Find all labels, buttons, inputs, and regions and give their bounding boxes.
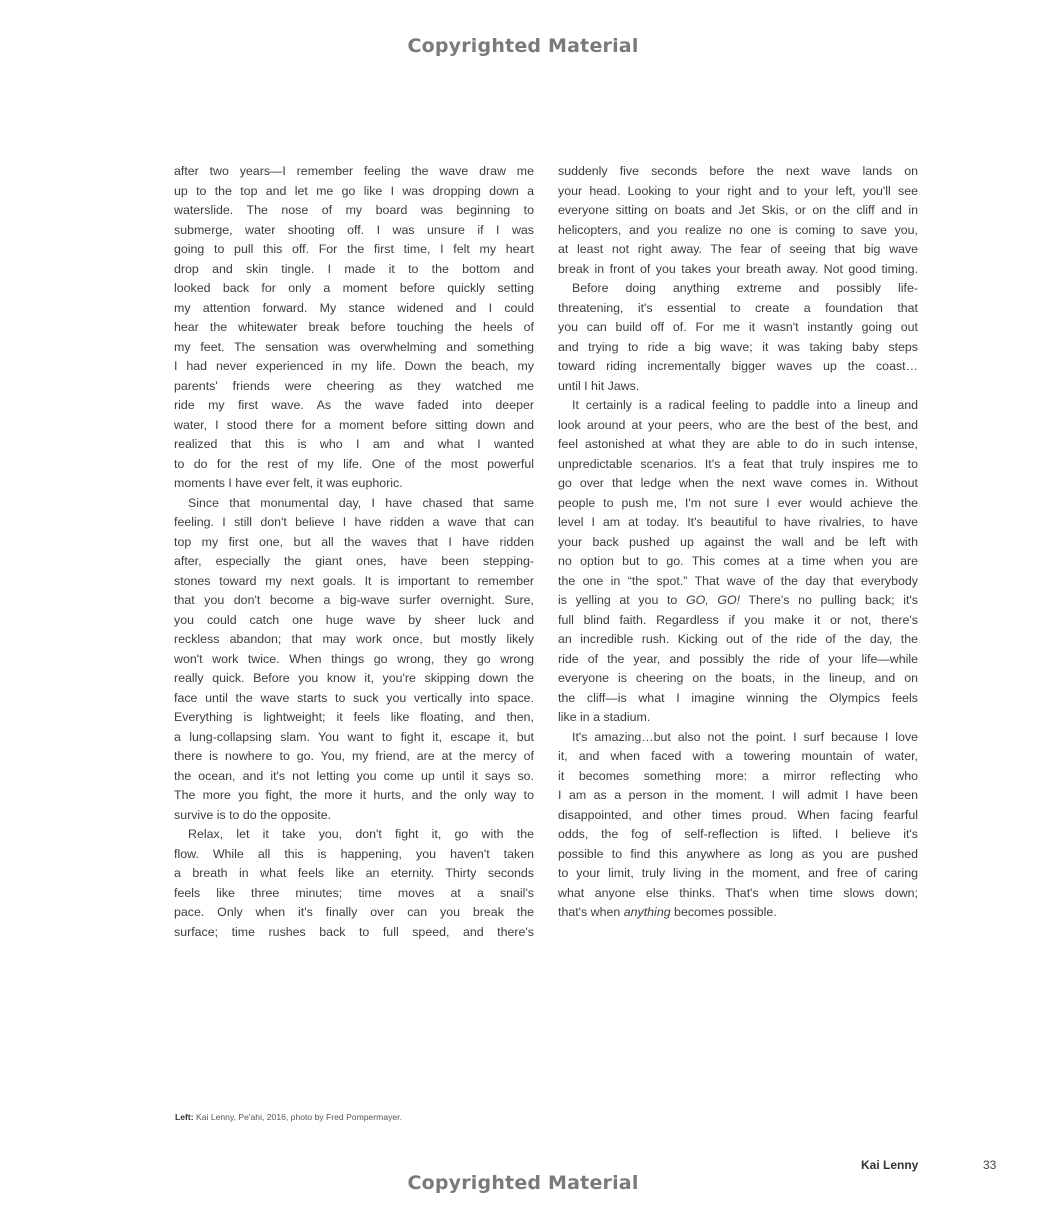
text-line: your head. Looking to your right and to … bbox=[558, 182, 918, 202]
text-line: flow. While all this is happening, you h… bbox=[174, 845, 534, 865]
running-head-author: Kai Lenny bbox=[861, 1158, 918, 1172]
text-line: going to pull this off. For the first ti… bbox=[174, 240, 534, 260]
text-line: to do for the rest of my life. One of th… bbox=[174, 455, 534, 475]
text-line: It certainly is a radical feeling to pad… bbox=[558, 396, 918, 416]
page-number: 33 bbox=[983, 1158, 996, 1172]
text-line: that's when anything becomes possible. bbox=[558, 903, 918, 923]
text-line: pace. Only when it's finally over can yo… bbox=[174, 903, 534, 923]
text-line: feels like three minutes; time moves at … bbox=[174, 884, 534, 904]
text-line: realized that this is who I am and what … bbox=[174, 435, 534, 455]
caption-label: Left: bbox=[175, 1112, 194, 1122]
text-line: no option but to go. This comes at a tim… bbox=[558, 552, 918, 572]
text-line: there is nowhere to go. You, my friend, … bbox=[174, 747, 534, 767]
text-line: up to the top and let me go like I was d… bbox=[174, 182, 534, 202]
copyright-watermark-top: Copyrighted Material bbox=[0, 35, 1046, 57]
caption-text: Kai Lenny, Pe'ahi, 2016, photo by Fred P… bbox=[194, 1112, 402, 1122]
text-line: possible to find this anywhere as long a… bbox=[558, 845, 918, 865]
text-line: after two years—I remember feeling the w… bbox=[174, 162, 534, 182]
text-line: after, especially the giant ones, have b… bbox=[174, 552, 534, 572]
text-line: the one in “the spot.” That wave of the … bbox=[558, 572, 918, 592]
text-line: you could catch one huge wave by sheer l… bbox=[174, 611, 534, 631]
text-line: level I am at today. It's beautiful to h… bbox=[558, 513, 918, 533]
text-line: top my first one, but all the waves that… bbox=[174, 533, 534, 553]
text-line: won't work twice. When things go wrong, … bbox=[174, 650, 534, 670]
text-line: water, I stood there for a moment before… bbox=[174, 416, 534, 436]
text-line: The more you fight, the more it hurts, a… bbox=[174, 786, 534, 806]
text-line: threatening, it's essential to create a … bbox=[558, 299, 918, 319]
text-line: your back pushed up against the wall and… bbox=[558, 533, 918, 553]
text-line: I had never experienced in my life. Down… bbox=[174, 357, 534, 377]
text-line: go over that ledge when the next wave co… bbox=[558, 474, 918, 494]
text-line: like in a stadium. bbox=[558, 708, 918, 728]
text-line: toward riding incrementally bigger waves… bbox=[558, 357, 918, 377]
text-line: Relax, let it take you, don't fight it, … bbox=[174, 825, 534, 845]
text-line: to your limit, truly living in the momen… bbox=[558, 864, 918, 884]
text-line: a breath in what feels like an eternity.… bbox=[174, 864, 534, 884]
text-line: it becomes something more: a mirror refl… bbox=[558, 767, 918, 787]
text-line: look around at your peers, who are the b… bbox=[558, 416, 918, 436]
text-line: survive is to do the opposite. bbox=[174, 806, 534, 826]
copyright-watermark-bottom: Copyrighted Material bbox=[0, 1172, 1046, 1194]
text-line: Since that monumental day, I have chased… bbox=[174, 494, 534, 514]
text-line: people to push me, I'm not sure I ever w… bbox=[558, 494, 918, 514]
text-line: stones toward my next goals. It is impor… bbox=[174, 572, 534, 592]
text-line: a lung-collapsing slam. You want to figh… bbox=[174, 728, 534, 748]
text-line: reckless abandon; that may work once, bu… bbox=[174, 630, 534, 650]
text-line: the ocean, and it's not letting you come… bbox=[174, 767, 534, 787]
text-line: feel astonished at what they are able to… bbox=[558, 435, 918, 455]
text-line: waterslide. The nose of my board was beg… bbox=[174, 201, 534, 221]
text-line: an incredible rush. Kicking out of the r… bbox=[558, 630, 918, 650]
text-line: it, and when faced with a towering mount… bbox=[558, 747, 918, 767]
photo-caption: Left: Kai Lenny, Pe'ahi, 2016, photo by … bbox=[175, 1112, 402, 1122]
text-line: is yelling at you to GO, GO! There's no … bbox=[558, 591, 918, 611]
text-line: unpredictable scenarios. It's a feat tha… bbox=[558, 455, 918, 475]
text-line: everyone sitting on boats and Jet Skis, … bbox=[558, 201, 918, 221]
text-column-left: after two years—I remember feeling the w… bbox=[174, 162, 534, 942]
text-line: surface; time rushes back to full speed,… bbox=[174, 923, 534, 943]
text-line: suddenly five seconds before the next wa… bbox=[558, 162, 918, 182]
text-line: submerge, water shooting off. I was unsu… bbox=[174, 221, 534, 241]
text-line: Everything is lightweight; it feels like… bbox=[174, 708, 534, 728]
text-line: at least not right away. The fear of see… bbox=[558, 240, 918, 260]
text-line: break in front of you takes your breath … bbox=[558, 260, 918, 280]
text-line: ride my first wave. As the wave faded in… bbox=[174, 396, 534, 416]
text-line: what anyone else thinks. That's when tim… bbox=[558, 884, 918, 904]
text-line: ride of the year, and possibly the ride … bbox=[558, 650, 918, 670]
text-line: parents' friends were cheering as they w… bbox=[174, 377, 534, 397]
text-line: Before doing anything extreme and possib… bbox=[558, 279, 918, 299]
text-line: my feet. The sensation was overwhelming … bbox=[174, 338, 534, 358]
text-line: you can build off of. For me it wasn't i… bbox=[558, 318, 918, 338]
text-line: face until the wave starts to suck you v… bbox=[174, 689, 534, 709]
text-column-right: suddenly five seconds before the next wa… bbox=[558, 162, 918, 923]
text-line: feeling. I still don't believe I have ri… bbox=[174, 513, 534, 533]
text-line: disappointed, and other times proud. Whe… bbox=[558, 806, 918, 826]
text-line: hear the whitewater break before touchin… bbox=[174, 318, 534, 338]
text-line: helicopters, and you realize no one is c… bbox=[558, 221, 918, 241]
text-line: looked back for only a moment before qui… bbox=[174, 279, 534, 299]
text-line: odds, the fog of self-reflection is lift… bbox=[558, 825, 918, 845]
text-line: I am as a person in the moment. I will a… bbox=[558, 786, 918, 806]
text-line: until I hit Jaws. bbox=[558, 377, 918, 397]
text-line: moments I have ever felt, it was euphori… bbox=[174, 474, 534, 494]
text-line: and trying to ride a big wave; it was ta… bbox=[558, 338, 918, 358]
text-line: drop and skin tingle. I made it to the b… bbox=[174, 260, 534, 280]
text-line: full blind faith. Regardless if you make… bbox=[558, 611, 918, 631]
text-line: It's amazing…but also not the point. I s… bbox=[558, 728, 918, 748]
text-line: really quick. Before you know it, you're… bbox=[174, 669, 534, 689]
text-line: that you don't become a big-wave surfer … bbox=[174, 591, 534, 611]
text-line: everyone is cheering on the boats, in th… bbox=[558, 669, 918, 689]
text-line: the cliff—is what I imagine winning the … bbox=[558, 689, 918, 709]
text-line: my attention forward. My stance widened … bbox=[174, 299, 534, 319]
